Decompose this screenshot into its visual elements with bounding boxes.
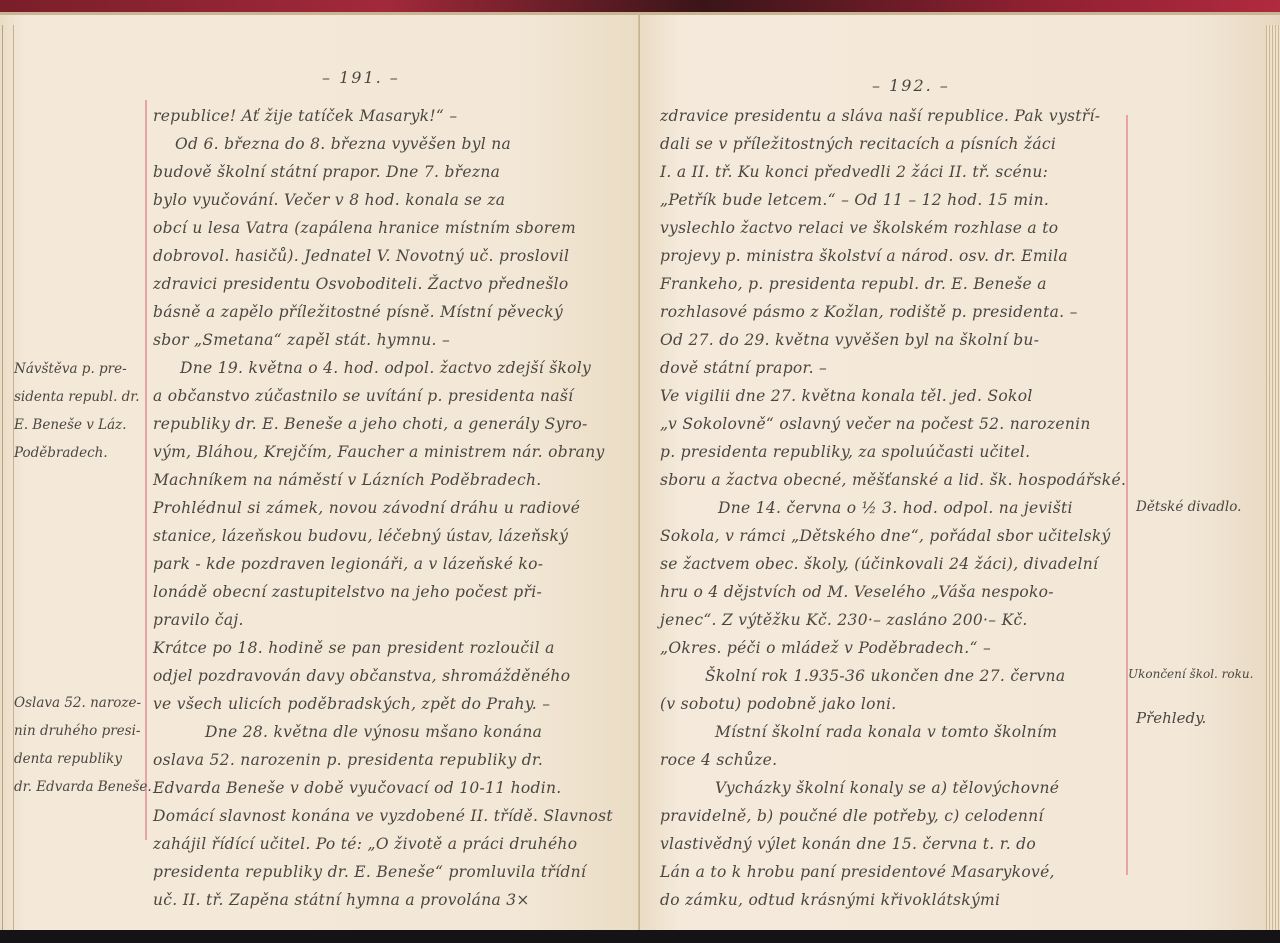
note-line: nin druhého presi- [14, 723, 140, 739]
text-line: stanice, lázeňskou budovu, léčebný ústav… [153, 527, 568, 545]
text-line: Vycházky školní konaly se a) tělovýchovn… [715, 779, 1059, 797]
text-line: sboru a žactva obecné, měšťanské a lid. … [660, 471, 1126, 489]
page-number-192: – 192. – [872, 76, 950, 95]
text-line: Místní školní rada konala v tomto školní… [715, 723, 1057, 741]
text-line: Dne 19. května o 4. hod. odpol. žactvo z… [180, 359, 591, 377]
text-line: „Petřík bude letcem.“ – Od 11 – 12 hod. … [660, 191, 1049, 209]
text-line: vyslechlo žactvo relaci ve školském rozh… [660, 219, 1058, 237]
page-edge-left [2, 25, 14, 935]
margin-note-end-of-school-year: Ukončení škol. roku. [1128, 667, 1253, 681]
text-line: Machníkem na náměstí v Lázních Poděbrade… [153, 471, 542, 489]
text-line: projevy p. ministra školství a národ. os… [660, 247, 1068, 265]
text-line: vlastivědný výlet konán dne 15. června t… [660, 835, 1036, 853]
text-line: odjel pozdravován davy občanstva, shromá… [153, 667, 570, 685]
text-line: bylo vyučování. Večer v 8 hod. konala se… [153, 191, 505, 209]
text-line: p. presidenta republiky, za spoluúčasti … [660, 443, 1030, 461]
note-line: E. Beneše v Láz. [14, 417, 127, 433]
text-line: dově státní prapor. – [660, 359, 827, 377]
text-line: Krátce po 18. hodině se pan president ro… [153, 639, 555, 657]
text-line: Ve vigilii dne 27. května konala těl. je… [660, 387, 1033, 405]
text-line: pravilo čaj. [153, 611, 244, 629]
text-line: Lán a to k hrobu paní presidentové Masar… [660, 863, 1055, 881]
text-line: oslava 52. narozenin p. presidenta repub… [153, 751, 543, 769]
text-line: dobrovol. hasičů). Jednatel V. Novotný u… [153, 247, 569, 265]
right-page: – 192. – zdravice presidentu a sláva naš… [640, 12, 1280, 935]
text-line: budově školní státní prapor. Dne 7. břez… [153, 163, 500, 181]
note-line: Oslava 52. naroze- [14, 695, 141, 711]
left-page: – 191. – republice! Ať žije tatíček Masa… [0, 12, 640, 935]
text-line: básně a zapělo příležitostné písně. Míst… [153, 303, 563, 321]
text-line: lonádě obecní zastupitelstvo na jeho poč… [153, 583, 542, 601]
page-edge-right [1266, 25, 1280, 935]
text-line: sbor „Smetana“ zapěl stát. hymnu. – [153, 331, 450, 349]
text-line: (v sobotu) podobně jako loni. [660, 695, 897, 713]
book-cover-bottom [0, 930, 1280, 943]
text-line: zdravice presidentu a sláva naší republi… [660, 107, 1100, 125]
text-line: dali se v příležitostných recitacích a p… [660, 135, 1056, 153]
margin-rule-left [145, 100, 147, 840]
text-line: republiky dr. E. Beneše a jeho choti, a … [153, 415, 588, 433]
text-line: Školní rok 1.935-36 ukončen dne 27. červ… [705, 667, 1065, 685]
text-line: presidenta republiky dr. E. Beneše“ prom… [153, 863, 586, 881]
text-line: vým, Bláhou, Krejčím, Faucher a ministre… [153, 443, 605, 461]
text-line: zahájil řídící učitel. Po té: „O životě … [153, 835, 577, 853]
text-line: a občanstvo zúčastnilo se uvítání p. pre… [153, 387, 573, 405]
text-line: Prohlédnul si zámek, novou závodní dráhu… [153, 499, 580, 517]
text-line: zdravici presidentu Osvoboditeli. Žactvo… [153, 275, 568, 293]
text-line: I. a II. tř. Ku konci předvedli 2 žáci I… [660, 163, 1048, 181]
text-line: pravidelně, b) poučné dle potřeby, c) ce… [660, 807, 1044, 825]
text-line: Dne 14. června o ½ 3. hod. odpol. na jev… [718, 499, 1073, 517]
text-line: Domácí slavnost konána ve vyzdobené II. … [153, 807, 613, 825]
text-line: ve všech ulicích poděbradských, zpět do … [153, 695, 550, 713]
text-line: uč. II. tř. Zapěna státní hymna a provol… [153, 891, 530, 909]
text-line: Edvarda Beneše v době vyučovací od 10-11… [153, 779, 562, 797]
text-line: Dne 28. května dle výnosu mšano konána [205, 723, 542, 741]
text-line: do zámku, odtud krásnými křivoklátskými [660, 891, 1000, 909]
text-line: park - kde pozdraven legionáři, a v láze… [153, 555, 543, 573]
text-line: obcí u lesa Vatra (zapálena hranice míst… [153, 219, 576, 237]
note-line: Poděbradech. [14, 445, 108, 461]
text-line: Od 27. do 29. května vyvěšen byl na škol… [660, 331, 1039, 349]
text-line: hru o 4 dějstvích od M. Veselého „Váša n… [660, 583, 1054, 601]
text-line: rozhlasové pásmo z Kožlan, rodiště p. pr… [660, 303, 1078, 321]
text-line: Frankeho, p. presidenta republ. dr. E. B… [660, 275, 1047, 293]
page-number-191: – 191. – [322, 68, 400, 87]
text-line: Sokola, v rámci „Dětského dne“, pořádal … [660, 527, 1111, 545]
note-line: sidenta republ. dr. [14, 389, 140, 405]
text-line: jenec“. Z výtěžku Kč. 230·– zasláno 200·… [660, 611, 1028, 629]
text-line: „Okres. péči o mládež v Poděbradech.“ – [660, 639, 991, 657]
margin-rule-right [1126, 115, 1128, 875]
margin-note-overviews: Přehledy. [1136, 709, 1206, 727]
text-line: se žactvem obec. školy, (účinkovali 24 ž… [660, 555, 1098, 573]
text-line: „v Sokolovně“ oslavný večer na počest 52… [660, 415, 1091, 433]
text-line: Od 6. března do 8. března vyvěšen byl na [175, 135, 511, 153]
note-line: denta republiky [14, 751, 122, 767]
note-line: dr. Edvarda Beneše. [14, 779, 152, 795]
note-line: Návštěva p. pre- [14, 361, 127, 377]
text-line: roce 4 schůze. [660, 751, 777, 769]
text-line: republice! Ať žije tatíček Masaryk!“ – [153, 107, 457, 125]
margin-note-childrens-theatre: Dětské divadlo. [1136, 499, 1241, 515]
